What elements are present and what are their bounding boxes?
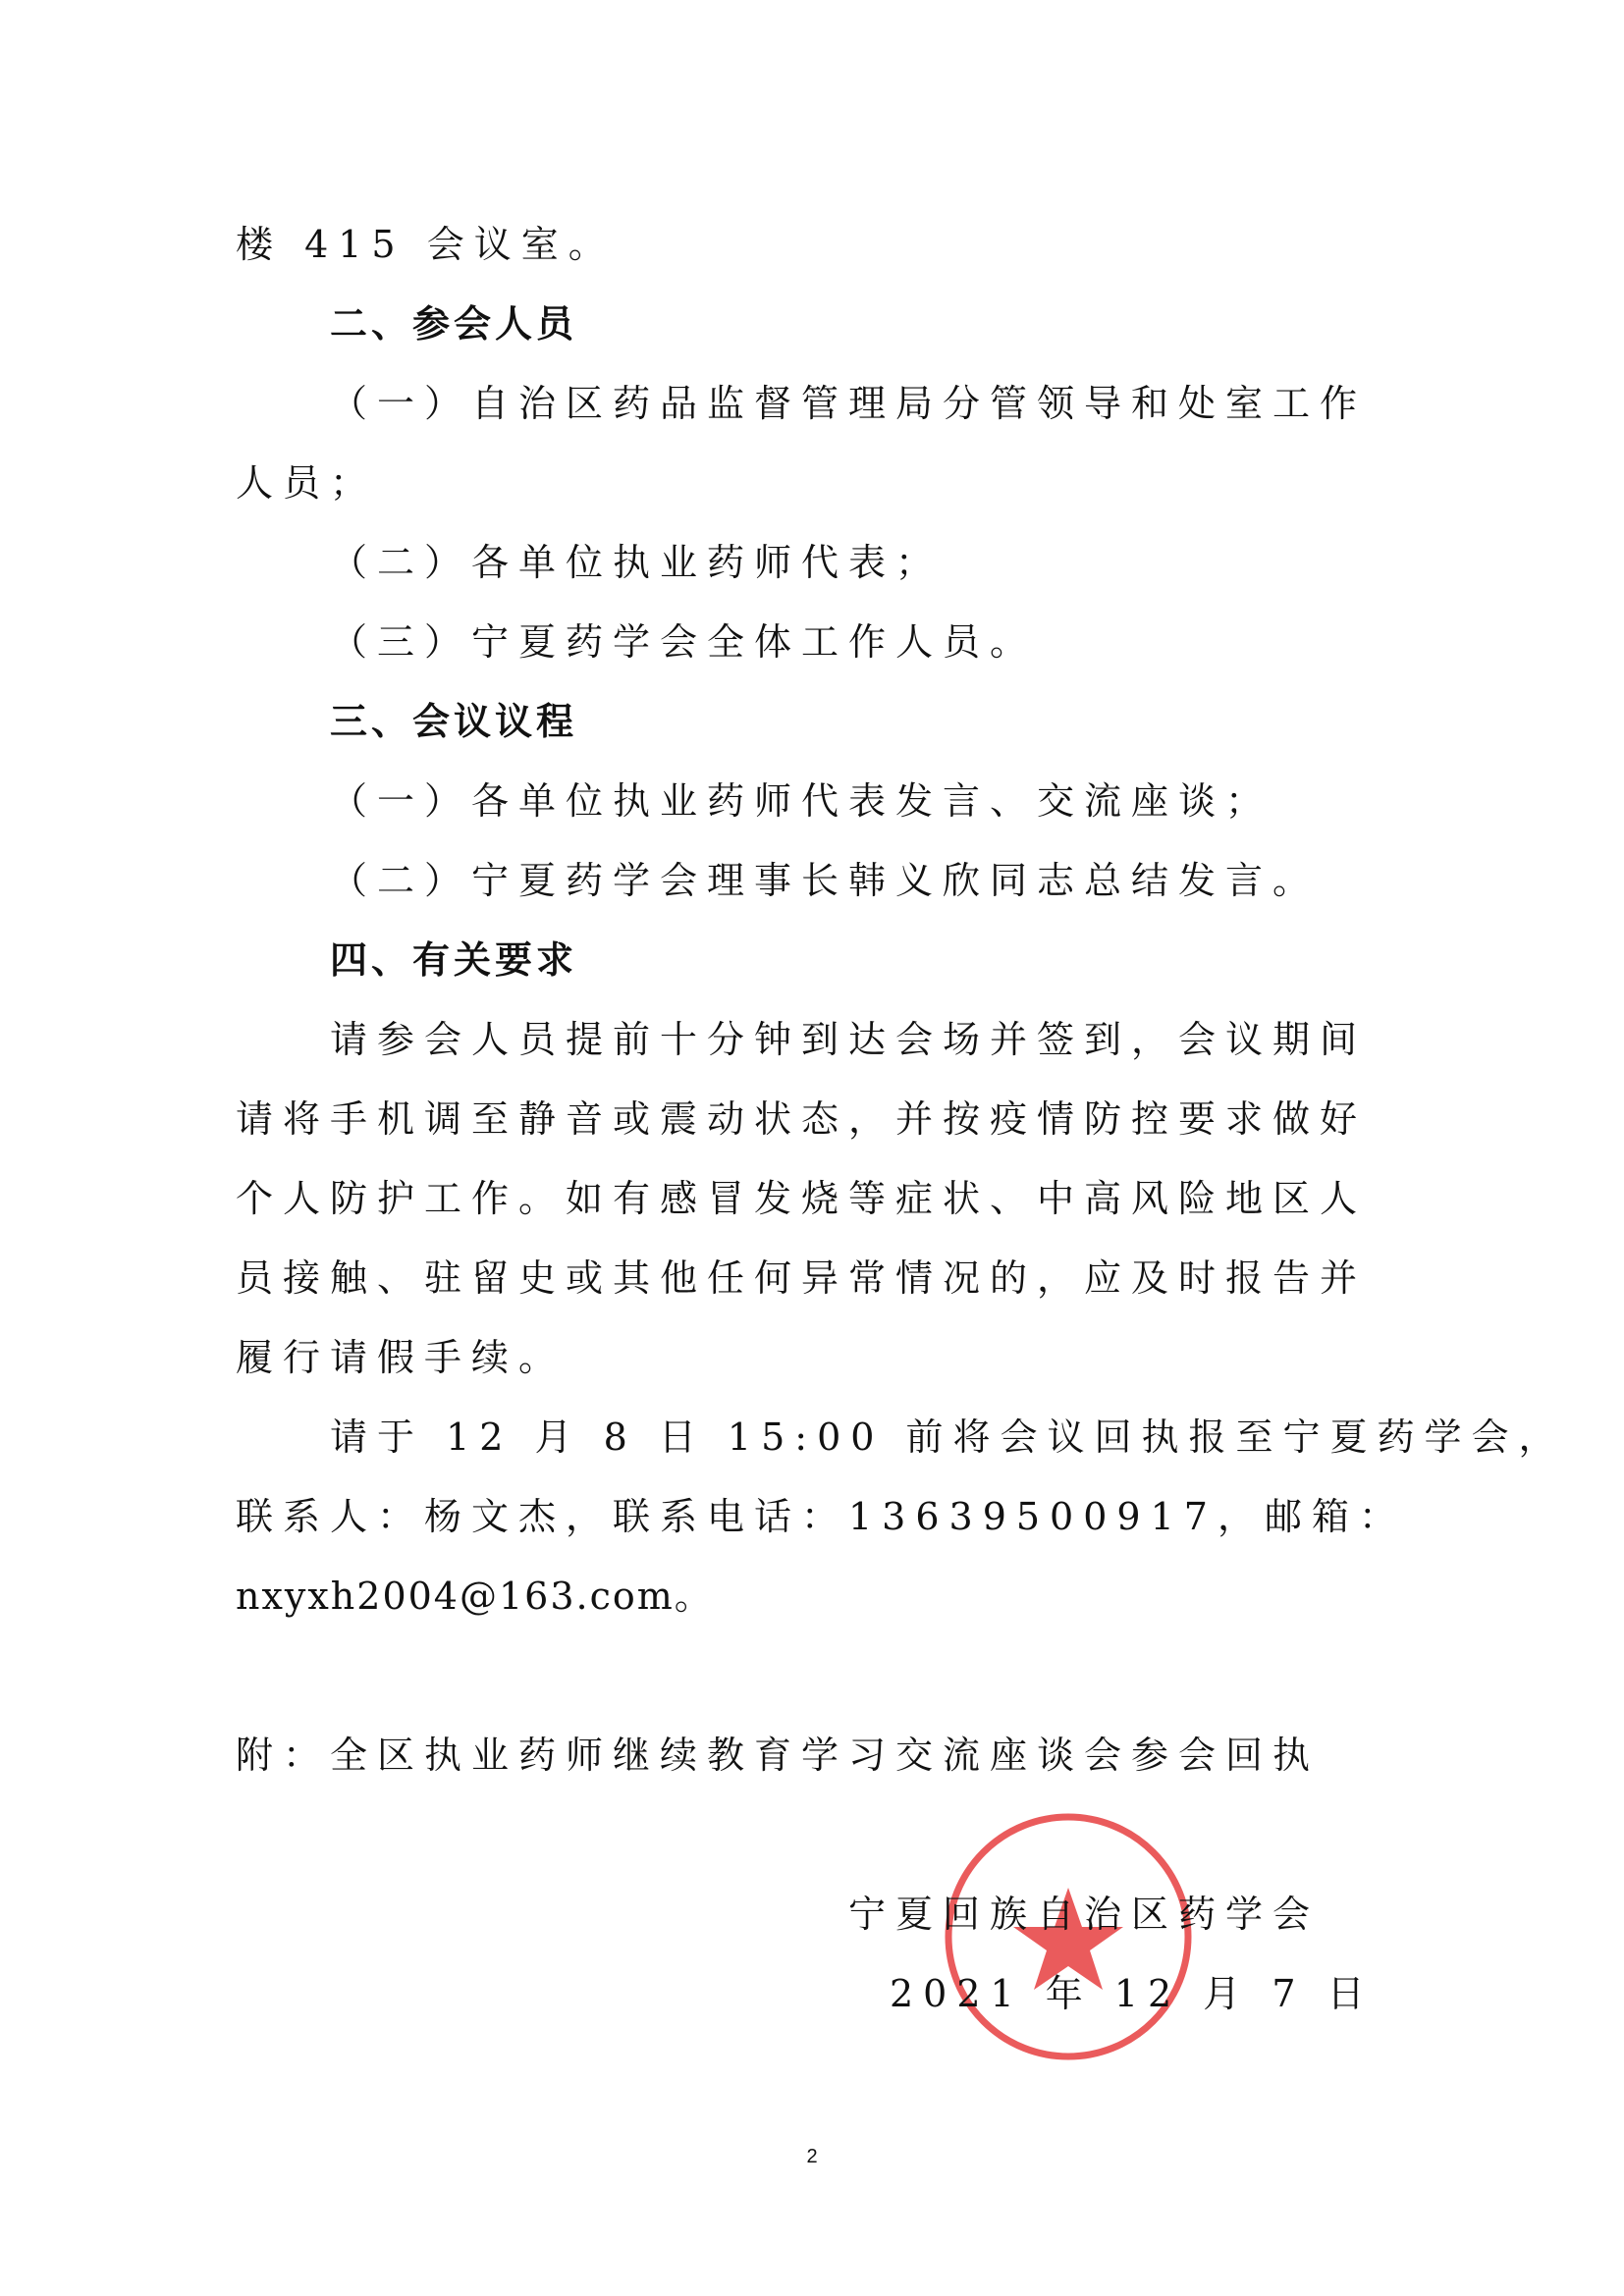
section-heading: 三、会议议程 [330, 698, 577, 745]
body-line: （二）各单位执业药师代表； [330, 539, 943, 586]
body-line: 请将手机调至静音或震动状态，并按疫情防控要求做好 [236, 1095, 1367, 1143]
body-line: （一）各单位执业药师代表发言、交流座谈； [330, 777, 1272, 825]
body-line: 请参会人员提前十分钟到达会场并签到，会议期间 [330, 1016, 1367, 1063]
body-line: （一）自治区药品监督管理局分管领导和处室工作 [330, 380, 1367, 427]
body-line: 请于 12 月 8 日 15:00 前将会议回执报至宁夏药学会， [330, 1414, 1566, 1461]
section-heading: 四、有关要求 [330, 936, 577, 984]
body-line: 履行请假手续。 [236, 1334, 566, 1381]
email-line: nxyxh2004@163.com。 [236, 1573, 714, 1620]
body-line: （三）宁夏药学会全体工作人员。 [330, 618, 1037, 666]
body-line: 个人防护工作。如有感冒发烧等症状、中高风险地区人 [236, 1175, 1367, 1222]
signature-date: 2021 年 12 月 7 日 [890, 1970, 1375, 2017]
body-line: （二）宁夏药学会理事长韩义欣同志总结发言。 [330, 857, 1320, 904]
section-heading: 二、参会人员 [330, 300, 577, 347]
attachment-line: 附：全区执业药师继续教育学习交流座谈会参会回执 [236, 1732, 1320, 1779]
page-number: 2 [0, 2146, 1624, 2168]
body-line: 员接触、驻留史或其他任何异常情况的，应及时报告并 [236, 1255, 1367, 1302]
body-line: 人员； [236, 459, 377, 507]
body-line: 楼 415 会议室。 [236, 221, 616, 268]
body-line: 联系人：杨文杰，联系电话：13639500917，邮箱： [236, 1493, 1406, 1540]
signature-organization: 宁夏回族自治区药学会 [848, 1891, 1320, 1938]
